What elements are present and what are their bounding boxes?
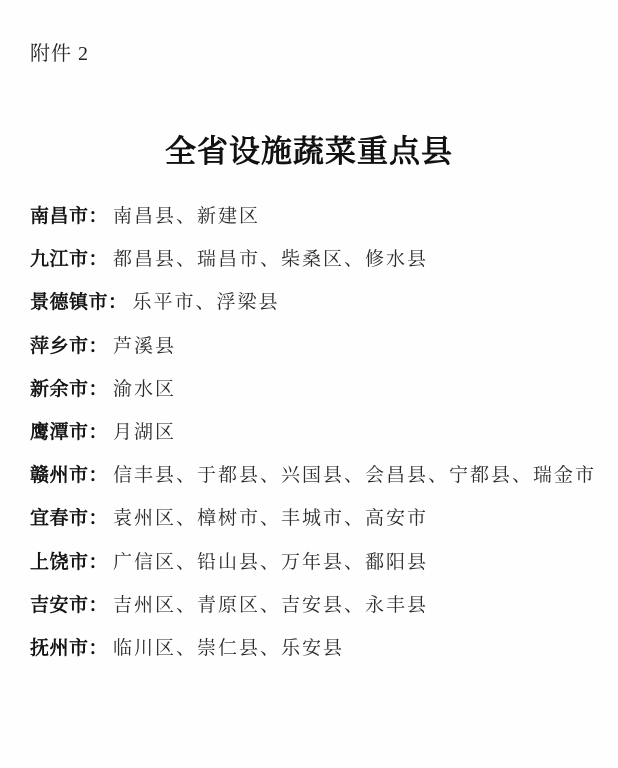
city-label: 景德镇市： bbox=[30, 287, 128, 314]
city-label: 萍乡市： bbox=[30, 331, 108, 358]
county-list-text: 月湖区 bbox=[113, 417, 176, 444]
county-list-text: 临川区、崇仁县、乐安县 bbox=[113, 633, 344, 660]
city-row: 吉安市： 吉州区、青原区、吉安县、永丰县 bbox=[30, 582, 604, 625]
city-row: 宜春市： 袁州区、樟树市、丰城市、高安市 bbox=[30, 495, 604, 538]
city-label: 上饶市： bbox=[30, 547, 108, 574]
city-row: 萍乡市： 芦溪县 bbox=[30, 323, 604, 366]
city-label: 鹰潭市： bbox=[30, 417, 108, 444]
city-label: 吉安市： bbox=[30, 590, 108, 617]
city-row: 新余市： 渝水区 bbox=[30, 366, 604, 409]
city-row: 九江市： 都昌县、瑞昌市、柴桑区、修水县 bbox=[30, 236, 604, 279]
city-row: 景德镇市： 乐平市、浮梁县 bbox=[30, 279, 604, 322]
county-list-text: 都昌县、瑞昌市、柴桑区、修水县 bbox=[113, 244, 428, 271]
city-county-list: 南昌市： 南昌县、新建区 九江市： 都昌县、瑞昌市、柴桑区、修水县 景德镇市： … bbox=[30, 193, 604, 668]
city-label: 南昌市： bbox=[30, 201, 108, 228]
city-label: 赣州市： bbox=[30, 460, 108, 487]
city-row: 鹰潭市： 月湖区 bbox=[30, 409, 604, 452]
county-list-text: 信丰县、于都县、兴国县、会昌县、宁都县、瑞金市 bbox=[113, 460, 596, 487]
county-list-text: 广信区、铅山县、万年县、鄱阳县 bbox=[113, 547, 428, 574]
county-list-text: 吉州区、青原区、吉安县、永丰县 bbox=[113, 590, 428, 617]
city-label: 抚州市： bbox=[30, 633, 108, 660]
page-title: 全省设施蔬菜重点县 bbox=[0, 126, 618, 171]
county-list-text: 渝水区 bbox=[113, 374, 176, 401]
city-label: 九江市： bbox=[30, 244, 108, 271]
county-list-text: 乐平市、浮梁县 bbox=[133, 287, 280, 314]
document-page: 附件 2 全省设施蔬菜重点县 南昌市： 南昌县、新建区 九江市： 都昌县、瑞昌市… bbox=[0, 0, 618, 768]
city-label: 新余市： bbox=[30, 374, 108, 401]
city-label: 宜春市： bbox=[30, 503, 108, 530]
attachment-label: 附件 2 bbox=[30, 37, 89, 66]
county-list-text: 南昌县、新建区 bbox=[113, 201, 260, 228]
city-row: 赣州市： 信丰县、于都县、兴国县、会昌县、宁都县、瑞金市 bbox=[30, 452, 604, 495]
city-row: 上饶市： 广信区、铅山县、万年县、鄱阳县 bbox=[30, 539, 604, 582]
county-list-text: 袁州区、樟树市、丰城市、高安市 bbox=[113, 503, 428, 530]
city-row: 南昌市： 南昌县、新建区 bbox=[30, 193, 604, 236]
county-list-text: 芦溪县 bbox=[113, 331, 176, 358]
city-row: 抚州市： 临川区、崇仁县、乐安县 bbox=[30, 625, 604, 668]
